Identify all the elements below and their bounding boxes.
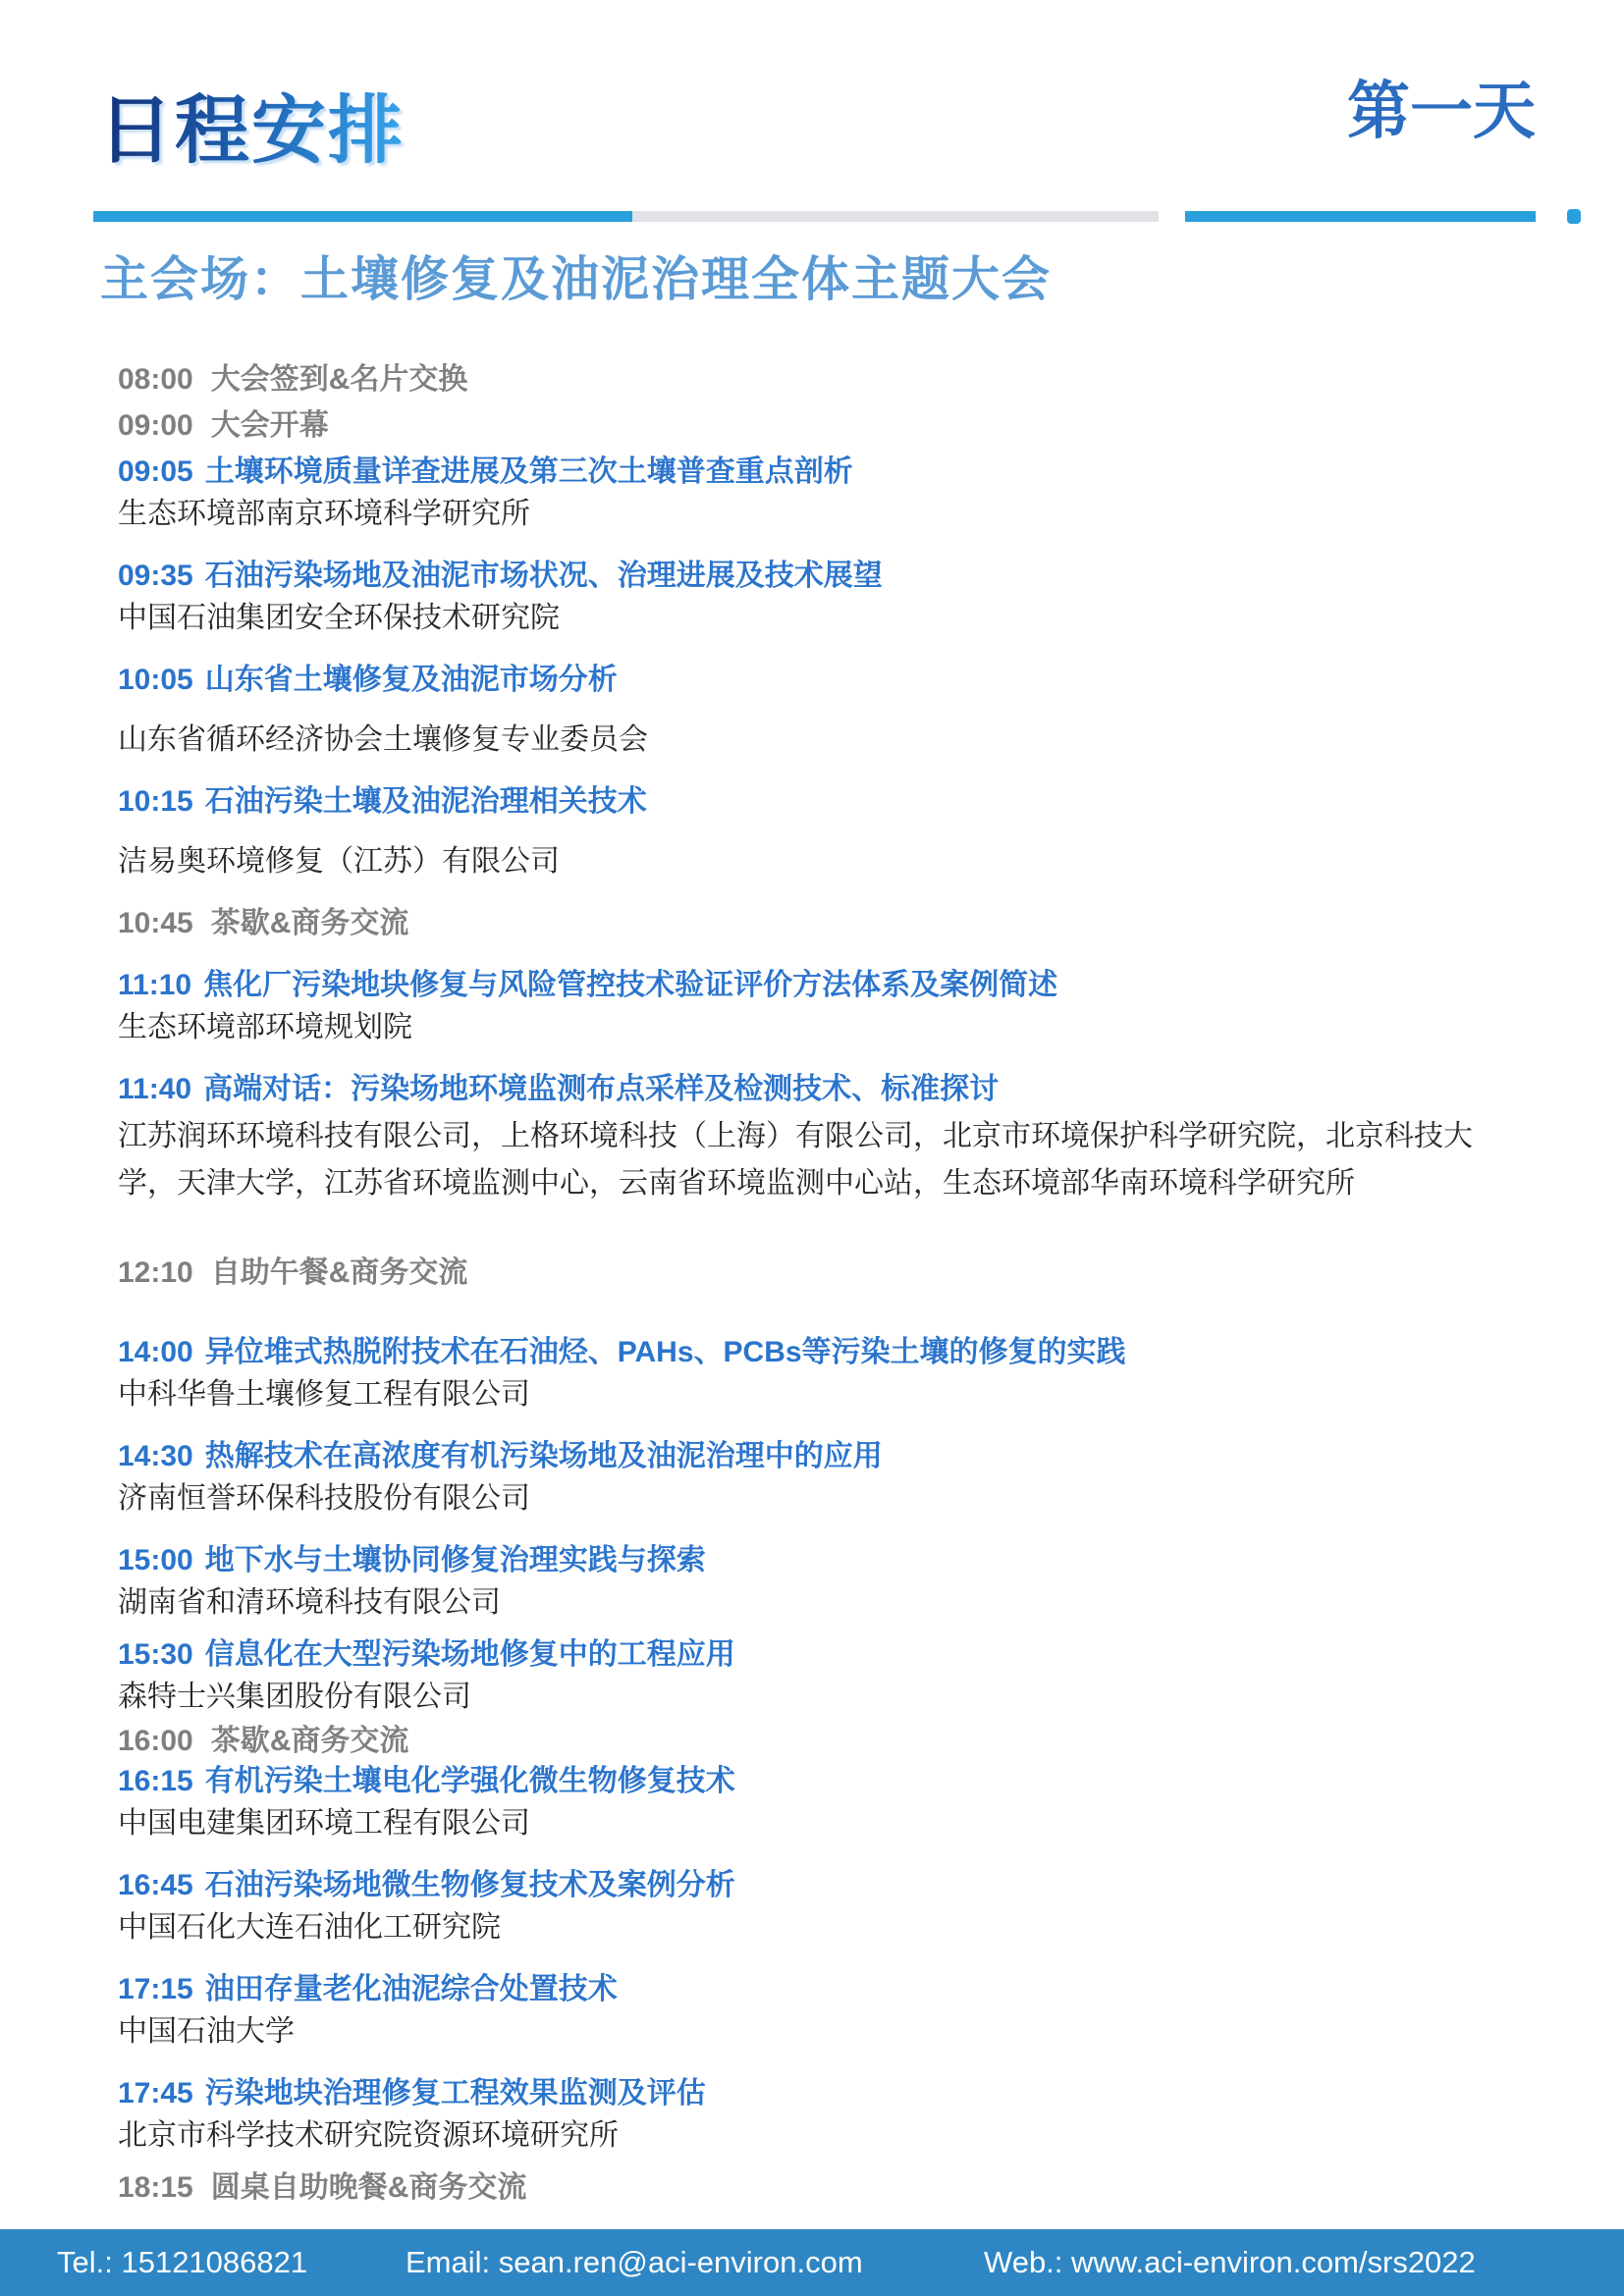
schedule-talk-row: 11:40高端对话：污染场地环境监测布点采样及检测技术、标准探讨江苏润环环境科技…: [118, 1069, 1516, 1207]
talk-time: 10:05: [118, 660, 193, 700]
talk-title-row: 14:30热解技术在高浓度有机污染场地及油泥治理中的应用: [118, 1436, 1516, 1476]
talk-title-row: 10:15石油污染土壤及油泥治理相关技术: [118, 781, 1516, 822]
talk-title-text: 油田存量老化油泥综合处置技术: [205, 1973, 618, 2005]
break-label: 茶歇&商务交流: [211, 1725, 409, 1757]
talk-time: 16:15: [118, 1761, 193, 1801]
talk-time: 14:30: [118, 1436, 193, 1476]
schedule-talk-row: 16:15有机污染土壤电化学强化微生物修复技术中国电建集团环境工程有限公司: [118, 1761, 1516, 1843]
schedule-talk-row: 14:30热解技术在高浓度有机污染场地及油泥治理中的应用济南恒誉环保科技股份有限…: [118, 1436, 1516, 1519]
break-time: 10:45: [118, 903, 193, 943]
talk-title-text: 高端对话：污染场地环境监测布点采样及检测技术、标准探讨: [203, 1073, 999, 1105]
schedule-break-row: 16:00茶歇&商务交流: [118, 1721, 1516, 1761]
schedule-talk-row: 09:35石油污染场地及油泥市场状况、治理进展及技术展望中国石油集团安全环保技术…: [118, 556, 1516, 638]
schedule-break-row: 08:00大会签到&名片交换: [118, 359, 1516, 400]
talk-title-row: 16:15有机污染土壤电化学强化微生物修复技术: [118, 1761, 1516, 1801]
talk-title-row: 17:15油田存量老化油泥综合处置技术: [118, 1969, 1516, 2009]
schedule-break-row: 09:00大会开幕: [118, 405, 1516, 446]
break-label: 圆桌自助晚餐&商务交流: [211, 2171, 527, 2204]
talk-title-row: 10:05山东省土壤修复及油泥市场分析: [118, 660, 1516, 700]
talk-title-row: 15:00地下水与土壤协同修复治理实践与探索: [118, 1540, 1516, 1580]
talk-title-row: 09:35石油污染场地及油泥市场状况、治理进展及技术展望: [118, 556, 1516, 596]
talk-title-row: 17:45污染地块治理修复工程效果监测及评估: [118, 2073, 1516, 2113]
talk-org: 湖南省和清环境科技有限公司: [118, 1582, 1516, 1623]
talk-time: 09:05: [118, 452, 193, 492]
schedule-talk-row: 15:30信息化在大型污染场地修复中的工程应用森特士兴集团股份有限公司: [118, 1634, 1516, 1717]
schedule-talk-row: 14:00异位堆式热脱附技术在石油烃、PAHs、PCBs等污染土壤的修复的实践中…: [118, 1332, 1516, 1415]
talk-time: 10:15: [118, 781, 193, 822]
talk-title-text: 焦化厂污染地块修复与风险管控技术验证评价方法体系及案例简述: [203, 969, 1057, 1001]
header-bar-dot: [1567, 209, 1581, 224]
talk-time: 15:00: [118, 1540, 193, 1580]
talk-org: 山东省循环经济协会土壤修复专业委员会: [118, 720, 1516, 760]
break-time: 18:15: [118, 2167, 193, 2208]
talk-title-text: 地下水与土壤协同修复治理实践与探索: [205, 1544, 706, 1576]
break-time: 09:00: [118, 405, 193, 446]
break-label: 大会开幕: [211, 409, 329, 442]
schedule-talk-row: 17:45污染地块治理修复工程效果监测及评估北京市科学技术研究院资源环境研究所: [118, 2073, 1516, 2156]
talk-org: 洁易奥环境修复（江苏）有限公司: [118, 841, 1516, 881]
talk-time: 11:10: [118, 965, 191, 1005]
talk-title-row: 14:00异位堆式热脱附技术在石油烃、PAHs、PCBs等污染土壤的修复的实践: [118, 1332, 1516, 1372]
talk-title-text: 山东省土壤修复及油泥市场分析: [205, 664, 618, 696]
footer-email: Email: sean.ren@aci-environ.com: [406, 2229, 863, 2296]
talk-title-row: 11:40高端对话：污染场地环境监测布点采样及检测技术、标准探讨: [118, 1069, 1516, 1109]
schedule-break-row: 12:10自助午餐&商务交流: [118, 1253, 1516, 1293]
footer: Tel.: 15121086821 Email: sean.ren@aci-en…: [0, 2229, 1624, 2296]
talk-title-text: 土壤环境质量详查进展及第三次土壤普查重点剖析: [205, 455, 853, 488]
session-title: 主会场：土壤修复及油泥治理全体主题大会: [100, 250, 1052, 309]
talk-title-text: 热解技术在高浓度有机污染场地及油泥治理中的应用: [205, 1440, 883, 1472]
talk-org: 生态环境部环境规划院: [118, 1007, 1516, 1047]
talk-org: 北京市科学技术研究院资源环境研究所: [118, 2115, 1516, 2156]
talk-time: 15:30: [118, 1634, 193, 1675]
talk-org: 生态环境部南京环境科学研究所: [118, 494, 1516, 534]
talk-org: 中科华鲁土壤修复工程有限公司: [118, 1374, 1516, 1415]
header-bar-right-blue: [1185, 211, 1536, 222]
talk-title-row: 16:45石油污染场地微生物修复技术及案例分析: [118, 1865, 1516, 1905]
schedule-break-row: 18:15圆桌自助晚餐&商务交流: [118, 2167, 1516, 2208]
talk-time: 16:45: [118, 1865, 193, 1905]
talk-title-text: 有机污染土壤电化学强化微生物修复技术: [205, 1765, 735, 1797]
talk-org: 中国石油集团安全环保技术研究院: [118, 598, 1516, 638]
talk-time: 17:15: [118, 1969, 193, 2009]
header-bar-left-blue: [93, 211, 632, 222]
schedule-talk-row: 11:10焦化厂污染地块修复与风险管控技术验证评价方法体系及案例简述生态环境部环…: [118, 965, 1516, 1047]
break-label: 自助午餐&商务交流: [211, 1256, 468, 1289]
schedule-talk-row: 10:05山东省土壤修复及油泥市场分析山东省循环经济协会土壤修复专业委员会: [118, 660, 1516, 760]
talk-org: 江苏润环环境科技有限公司，上格环境科技（上海）有限公司，北京市环境保护科学研究院…: [118, 1113, 1516, 1207]
talk-title-row: 15:30信息化在大型污染场地修复中的工程应用: [118, 1634, 1516, 1675]
talk-org: 中国石化大连石油化工研究院: [118, 1907, 1516, 1948]
talk-title-text: 污染地块治理修复工程效果监测及评估: [205, 2077, 706, 2109]
talk-time: 17:45: [118, 2073, 193, 2113]
schedule-break-row: 10:45茶歇&商务交流: [118, 903, 1516, 943]
schedule-talk-row: 15:00地下水与土壤协同修复治理实践与探索湖南省和清环境科技有限公司: [118, 1540, 1516, 1623]
talk-title-text: 信息化在大型污染场地修复中的工程应用: [205, 1638, 735, 1671]
talk-title-text: 异位堆式热脱附技术在石油烃、PAHs、PCBs等污染土壤的修复的实践: [205, 1336, 1126, 1368]
break-time: 08:00: [118, 359, 193, 400]
break-time: 16:00: [118, 1721, 193, 1761]
footer-web: Web.: www.aci-environ.com/srs2022: [984, 2229, 1476, 2296]
day-label: 第一天: [1347, 77, 1536, 147]
talk-org: 济南恒誉环保科技股份有限公司: [118, 1478, 1516, 1519]
talk-title-text: 石油污染场地及油泥市场状况、治理进展及技术展望: [205, 560, 883, 592]
footer-tel: Tel.: 15121086821: [57, 2229, 307, 2296]
talk-org: 中国电建集团环境工程有限公司: [118, 1803, 1516, 1843]
schedule-talk-row: 16:45石油污染场地微生物修复技术及案例分析中国石化大连石油化工研究院: [118, 1865, 1516, 1948]
header-bar-gray: [632, 211, 1159, 222]
page-title: 日程安排: [98, 90, 405, 173]
talk-title-row: 09:05土壤环境质量详查进展及第三次土壤普查重点剖析: [118, 452, 1516, 492]
talk-time: 14:00: [118, 1332, 193, 1372]
schedule-list: 08:00大会签到&名片交换09:00大会开幕09:05土壤环境质量详查进展及第…: [118, 359, 1516, 2229]
talk-time: 11:40: [118, 1069, 191, 1109]
talk-org: 森特士兴集团股份有限公司: [118, 1677, 1516, 1717]
schedule-talk-row: 17:15油田存量老化油泥综合处置技术中国石油大学: [118, 1969, 1516, 2052]
talk-title-text: 石油污染土壤及油泥治理相关技术: [205, 785, 647, 818]
agenda-page: 日程安排 第一天 主会场：土壤修复及油泥治理全体主题大会 08:00大会签到&名…: [0, 0, 1624, 2296]
talk-title-text: 石油污染场地微生物修复技术及案例分析: [205, 1869, 735, 1901]
talk-time: 09:35: [118, 556, 193, 596]
talk-org: 中国石油大学: [118, 2011, 1516, 2052]
talk-title-row: 11:10焦化厂污染地块修复与风险管控技术验证评价方法体系及案例简述: [118, 965, 1516, 1005]
schedule-talk-row: 09:05土壤环境质量详查进展及第三次土壤普查重点剖析生态环境部南京环境科学研究…: [118, 452, 1516, 534]
schedule-talk-row: 10:15石油污染土壤及油泥治理相关技术洁易奥环境修复（江苏）有限公司: [118, 781, 1516, 881]
break-time: 12:10: [118, 1253, 193, 1293]
break-label: 大会签到&名片交换: [211, 363, 468, 396]
break-label: 茶歇&商务交流: [211, 907, 409, 939]
